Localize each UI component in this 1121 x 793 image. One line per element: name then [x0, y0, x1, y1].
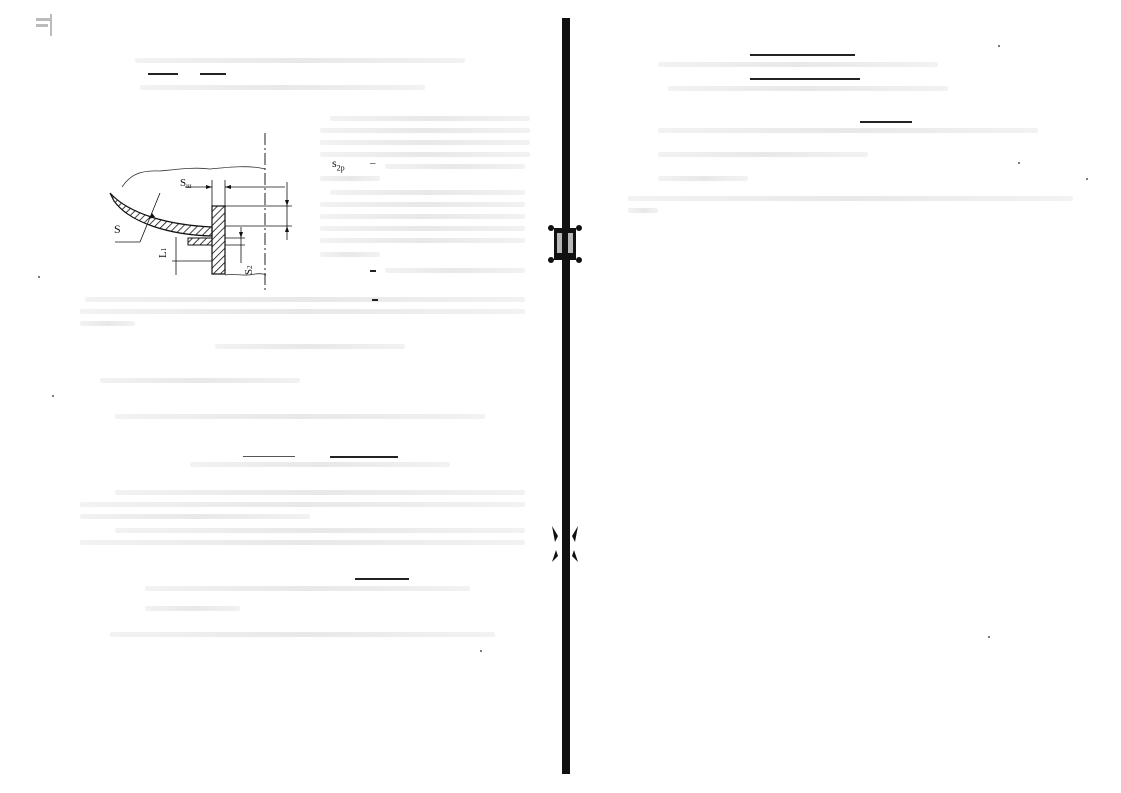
s2p-legend: s2p	[332, 156, 345, 172]
fraction-bar	[355, 578, 409, 580]
text-line	[658, 176, 748, 181]
text-line	[135, 58, 465, 63]
text-line	[115, 528, 525, 533]
text-line	[320, 238, 525, 243]
text-line	[80, 502, 525, 507]
text-line	[330, 190, 525, 195]
text-line	[320, 252, 380, 257]
svg-text:S2: S2	[243, 265, 255, 275]
text-line	[320, 176, 380, 181]
book-spine	[562, 18, 570, 774]
svg-text:S: S	[114, 222, 121, 236]
text-line	[658, 128, 1038, 133]
scan-corner-mark	[34, 14, 56, 36]
fraction-bar	[330, 456, 398, 458]
legend-dash: –	[370, 157, 376, 169]
legend-dash-mark	[370, 270, 376, 272]
text-line	[628, 196, 1073, 201]
text-line	[668, 86, 948, 91]
text-line	[100, 378, 300, 383]
text-line	[658, 152, 868, 157]
text-line	[115, 414, 485, 419]
cross-section-figure: Sш S L1 S2	[100, 125, 300, 295]
svg-text:Sш: Sш	[180, 177, 192, 190]
fraction-bar	[860, 121, 912, 123]
formula-line	[145, 606, 240, 611]
right-page	[578, 0, 1121, 793]
fraction-bar	[750, 54, 855, 56]
formula-line	[215, 344, 405, 349]
text-line	[320, 214, 525, 219]
text-line	[115, 490, 525, 495]
svg-text:L1: L1	[157, 247, 169, 258]
left-page: s2p –	[0, 0, 560, 793]
text-line	[80, 540, 525, 545]
text-line	[110, 632, 495, 637]
text-line	[320, 140, 530, 145]
fraction-bar	[148, 73, 178, 75]
fraction-bar	[243, 456, 295, 457]
formula-line	[190, 462, 450, 467]
text-line	[628, 208, 658, 213]
fraction-bar	[750, 78, 860, 80]
text-line	[85, 297, 525, 302]
text-line	[658, 62, 938, 67]
text-line	[80, 321, 135, 326]
text-line	[80, 514, 310, 519]
text-line	[320, 152, 530, 157]
fraction-bar	[200, 73, 226, 75]
text-line	[140, 85, 425, 90]
text-line	[385, 164, 525, 169]
formula-line	[145, 586, 470, 591]
text-line	[330, 116, 530, 121]
text-line	[80, 309, 525, 314]
text-line	[385, 268, 525, 273]
text-line	[320, 202, 525, 207]
text-line	[320, 128, 530, 133]
text-line	[320, 226, 525, 231]
